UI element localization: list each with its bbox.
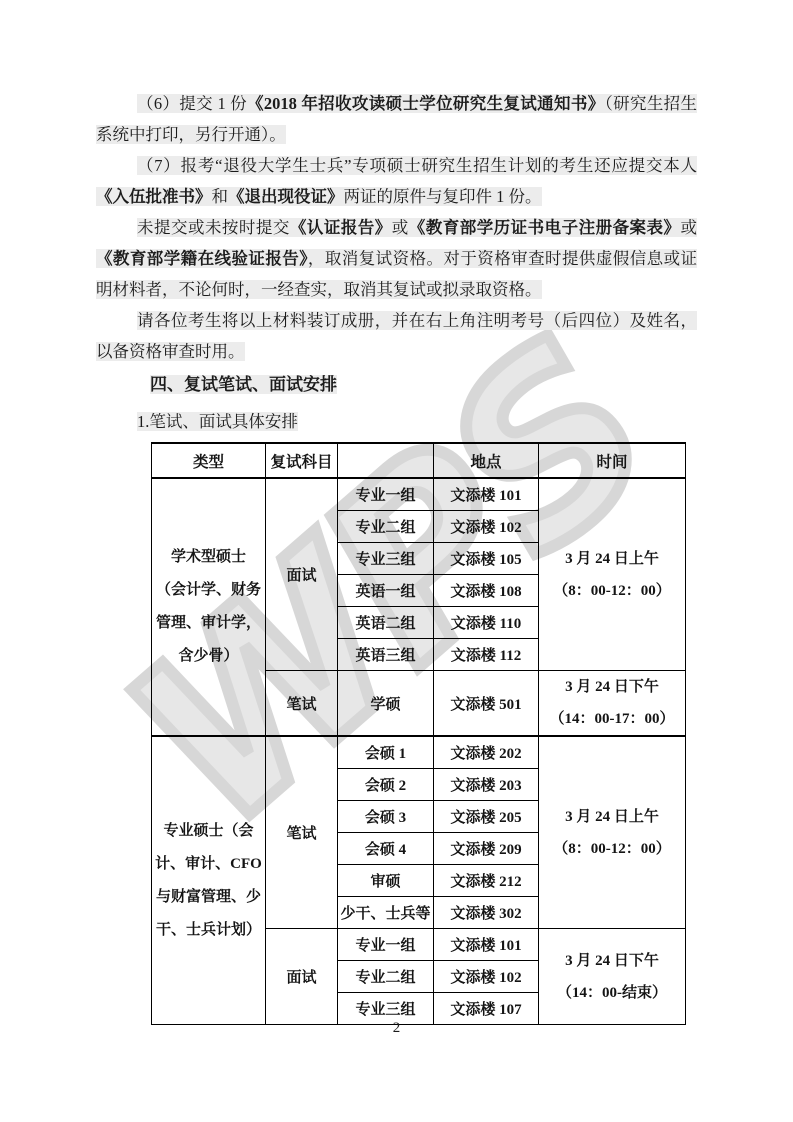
sub-heading: 1.笔试、面试具体安排 [96,406,697,437]
cell-location: 文添楼 203 [434,769,539,801]
cell-group: 会硕 2 [338,769,434,801]
paragraph-6-run: （6）提交 1 份 [137,94,247,113]
book-title: 《认证报告》 [290,218,392,237]
cell-location: 文添楼 302 [434,897,539,929]
cell-subject-interview: 面试 [266,478,338,671]
cell-group: 会硕 3 [338,801,434,833]
cell-location: 文添楼 108 [434,575,539,607]
cell-group: 英语一组 [338,575,434,607]
col-header-location: 地点 [434,443,539,478]
sub-heading-text: 1.笔试、面试具体安排 [137,412,298,431]
document-page: WPS （6）提交 1 份《2018 年招收攻读硕士学位研究生复试通知书》（研究… [0,0,793,1122]
cell-group: 少干、士兵等 [338,897,434,929]
cell-location: 文添楼 101 [434,929,539,961]
cell-location: 文添楼 212 [434,865,539,897]
cell-group: 会硕 4 [338,833,434,865]
paragraph-8-run: 或 [392,218,409,237]
book-title: 《入伍批准书》 [96,187,212,206]
cell-type-academic: 学术型硕士 （会计学、财务 管理、审计学， 含少骨） [152,478,266,736]
cell-time: 3 月 24 日上午 （8：00-12：00） [539,736,686,929]
cell-group: 会硕 1 [338,736,434,769]
table-row: 学术型硕士 （会计学、财务 管理、审计学， 含少骨） 面试 专业一组 文添楼 1… [152,478,686,511]
book-title: 《教育部学历证书电子注册备案表》 [409,218,681,237]
cell-subject-written: 笔试 [266,671,338,737]
cell-location: 文添楼 101 [434,478,539,511]
table-row: 专业硕士（会 计、审计、CFO 与财富管理、少 干、士兵计划） 笔试 会硕 1 … [152,736,686,769]
cell-group: 专业一组 [338,929,434,961]
cell-group: 专业一组 [338,478,434,511]
cell-location: 文添楼 209 [434,833,539,865]
cell-location: 文添楼 202 [434,736,539,769]
cell-type-professional: 专业硕士（会 计、审计、CFO 与财富管理、少 干、士兵计划） [152,736,266,1025]
col-header-subject: 复试科目 [266,443,338,478]
col-header-type: 类型 [152,443,266,478]
cell-time: 3 月 24 日下午 （14：00-17：00） [539,671,686,737]
cell-group: 专业三组 [338,543,434,575]
paragraph-7-run: 两证的原件与复印件 1 份。 [344,187,542,206]
cell-location: 文添楼 102 [434,511,539,543]
paragraph-9: 请各位考生将以上材料装订成册，并在右上角注明考号（后四位）及姓名，以备资格审查时… [96,305,697,367]
cell-location: 文添楼 102 [434,961,539,993]
paragraph-7: （7）报考“退役大学生士兵”专项硕士研究生招生计划的考生还应提交本人《入伍批准书… [96,150,697,212]
col-header-group [338,443,434,478]
cell-group: 英语三组 [338,639,434,671]
cell-location: 文添楼 112 [434,639,539,671]
cell-location: 文添楼 205 [434,801,539,833]
page-number: 2 [0,1020,793,1037]
page-content: （6）提交 1 份《2018 年招收攻读硕士学位研究生复试通知书》（研究生招生系… [96,88,697,1025]
section-heading-text: 四、复试笔试、面试安排 [150,375,337,394]
cell-location: 文添楼 105 [434,543,539,575]
paragraph-7-run: （7）报考“退役大学生士兵”专项硕士研究生招生计划的考生还应提交本人 [137,156,697,175]
cell-group: 英语二组 [338,607,434,639]
table-header-row: 类型 复试科目 地点 时间 [152,443,686,478]
cell-location: 文添楼 501 [434,671,539,737]
paragraph-9-run: 请各位考生将以上材料装订成册，并在右上角注明考号（后四位）及姓名，以备资格审查时… [96,311,697,361]
book-title: 《教育部学籍在线验证报告》 [96,249,308,268]
cell-subject-written: 笔试 [266,736,338,929]
col-header-time: 时间 [539,443,686,478]
cell-location: 文添楼 110 [434,607,539,639]
paragraph-8-run: 或 [681,218,698,237]
cell-time: 3 月 24 日上午 （8：00-12：00） [539,478,686,671]
paragraph-6: （6）提交 1 份《2018 年招收攻读硕士学位研究生复试通知书》（研究生招生系… [96,88,697,150]
paragraph-8: 未提交或未按时提交《认证报告》或《教育部学历证书电子注册备案表》或《教育部学籍在… [96,212,697,305]
paragraph-7-run: 和 [212,187,229,206]
cell-group: 专业二组 [338,511,434,543]
cell-subject-interview: 面试 [266,929,338,1025]
cell-group: 学硕 [338,671,434,737]
book-title: 《退出现役证》 [228,187,344,206]
schedule-table: 类型 复试科目 地点 时间 学术型硕士 （会计学、财务 管理、审计学， 含少骨）… [151,442,686,1025]
cell-time: 3 月 24 日下午 （14：00-结束） [539,929,686,1025]
cell-group: 审硕 [338,865,434,897]
paragraph-8-run: 未提交或未按时提交 [137,218,290,237]
book-title: 《2018 年招收攻读硕士学位研究生复试通知书》 [247,94,605,113]
cell-group: 专业二组 [338,961,434,993]
section-heading: 四、复试笔试、面试安排 [96,369,697,400]
